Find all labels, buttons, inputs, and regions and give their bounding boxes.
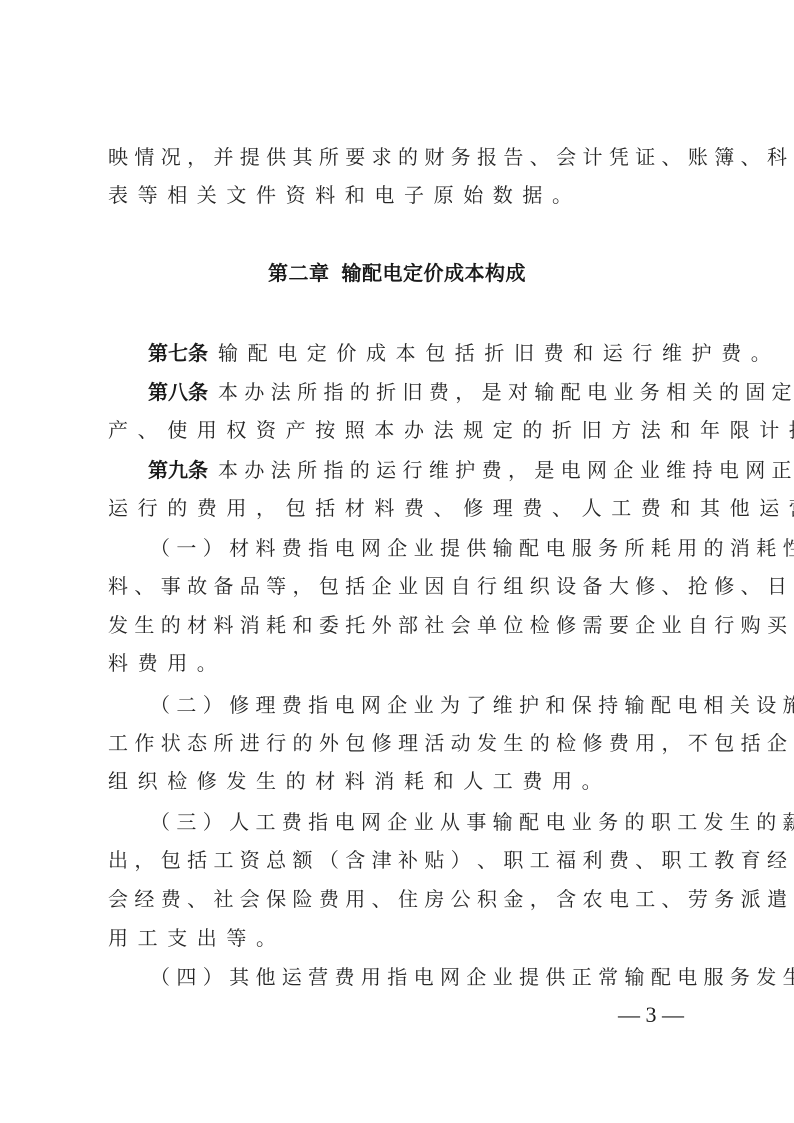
- item-2-line-3: 组织检修发生的材料消耗和人工费用。: [108, 766, 685, 796]
- article-text: 输配电定价成本包括折旧费和运行维护费。: [218, 341, 780, 365]
- article-label: 第八条: [148, 380, 208, 404]
- article-text: 本 办 法 所 指 的 折 旧 费 ， 是 对 输 配 电 业 务 相 关 的 …: [218, 380, 794, 404]
- item-3-line-1: （ 三 ） 人 工 费 指 电 网 企 业 从 事 输 配 电 业 务 的 职 …: [150, 807, 685, 837]
- continuation-line-2: 表等相关文件资料和电子原始数据。: [108, 180, 685, 210]
- chapter-title: 输配电定价成本构成: [342, 261, 527, 285]
- item-3-line-2: 出 ， 包 括 工 资 总 额 （ 含 津 补 贴 ） 、 职 工 福 利 费 …: [108, 845, 685, 875]
- article-9-line-2: 运行的费用，包括材料费、修理费、人工费和其他运营费用。: [108, 493, 685, 523]
- document-page: 映 情 况 ， 并 提 供 其 所 要 求 的 财 务 报 告 、 会 计 凭 …: [0, 0, 794, 1123]
- item-1-line-3: 发 生 的 材 料 消 耗 和 委 托 外 部 社 会 单 位 检 修 需 要 …: [108, 610, 685, 640]
- page-number: — 3 —: [612, 1001, 690, 1029]
- article-8-line-1: 第八条本 办 法 所 指 的 折 旧 费 ， 是 对 输 配 电 业 务 相 关…: [148, 377, 685, 407]
- article-text: 本 办 法 所 指 的 运 行 维 护 费 ， 是 电 网 企 业 维 持 电 …: [218, 458, 794, 482]
- continuation-line-1: 映 情 况 ， 并 提 供 其 所 要 求 的 财 务 报 告 、 会 计 凭 …: [108, 142, 685, 172]
- item-3-line-3: 会 经 费 、 社 会 保 险 费 用 、 住 房 公 积 金 ， 含 农 电 …: [108, 884, 685, 914]
- article-label: 第九条: [148, 458, 208, 482]
- item-1-line-1: （ 一 ） 材 料 费 指 电 网 企 业 提 供 输 配 电 服 务 所 耗 …: [150, 533, 685, 563]
- article-9-line-1: 第九条本 办 法 所 指 的 运 行 维 护 费 ， 是 电 网 企 业 维 持…: [148, 455, 685, 485]
- chapter-heading: 第二章输配电定价成本构成: [0, 258, 794, 288]
- item-1-line-4: 料费用。: [108, 648, 685, 678]
- item-4-line-1: （ 四 ） 其 他 运 营 费 用 指 电 网 企 业 提 供 正 常 输 配 …: [150, 962, 685, 992]
- article-label: 第七条: [148, 341, 208, 365]
- item-3-line-4: 用工支出等。: [108, 923, 685, 953]
- item-1-line-2: 料 、 事 故 备 品 等 ， 包 括 企 业 因 自 行 组 织 设 备 大 …: [108, 571, 685, 601]
- chapter-number: 第二章: [268, 261, 330, 285]
- item-2-line-1: （ 二 ） 修 理 费 指 电 网 企 业 为 了 维 护 和 保 持 输 配 …: [150, 690, 685, 720]
- article-7: 第七条输配电定价成本包括折旧费和运行维护费。: [148, 338, 685, 368]
- article-8-line-2: 产、使用权资产按照本办法规定的折旧方法和年限计提的费用。: [108, 415, 685, 445]
- item-2-line-2: 工 作 状 态 所 进 行 的 外 包 修 理 活 动 发 生 的 检 修 费 …: [108, 728, 685, 758]
